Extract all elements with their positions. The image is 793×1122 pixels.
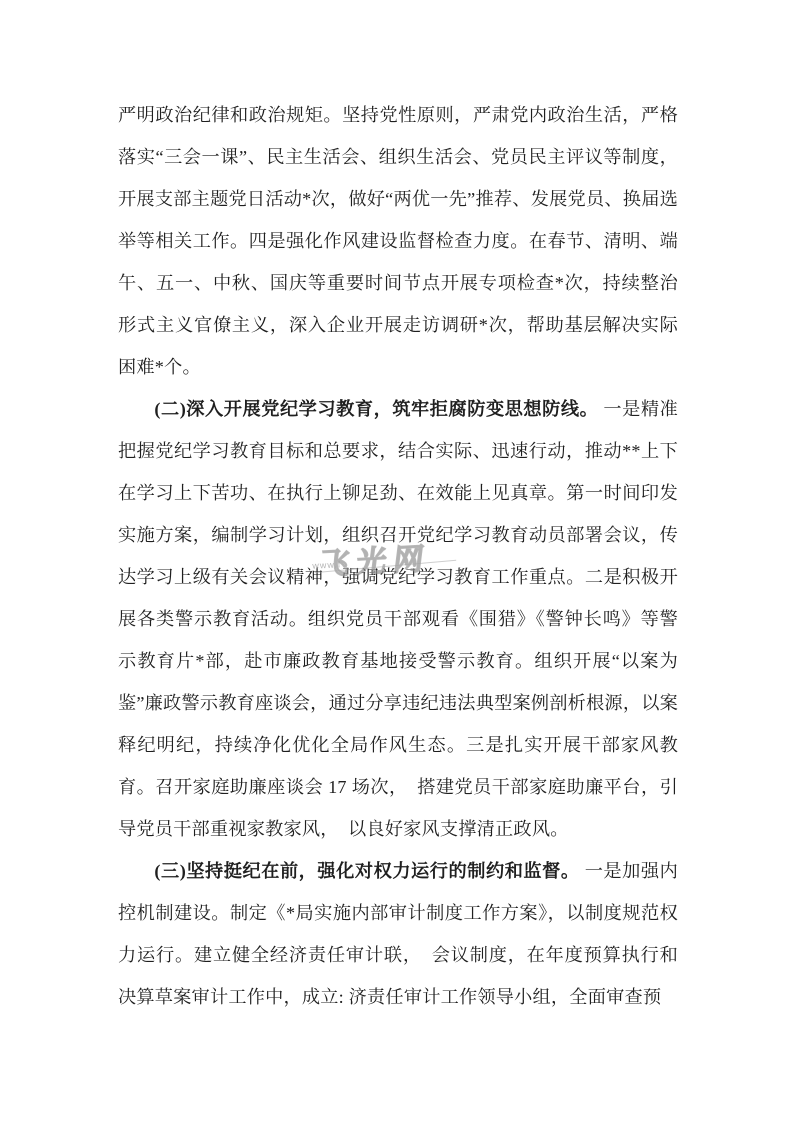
document-body: 严明政治纪律和政治规矩。坚持党性原则，严肃党内政治生活，严格落实“三会一课”、民… [118,94,678,1018]
paragraph: (三)坚持挺纪在前，强化对权力运行的制约和监督。 一是加强内控机制建设。制定《*… [118,850,678,1018]
text-run: 一是加强内控机制建设。制定《*局实施内部审计制度工作方案》，以制度规范权力运行。… [118,861,678,1007]
text-run: 严明政治纪律和政治规矩。坚持党性原则，严肃党内政治生活，严格落实“三会一课”、民… [118,105,678,377]
text-run: 一是精准把握党纪学习教育目标和总要求，结合实际、迅速行动，推动**上下在学习上下… [118,399,678,839]
section-heading-run: (三)坚持挺纪在前，强化对权力运行的制约和监督。 [154,861,579,881]
paragraph: 严明政治纪律和政治规矩。坚持党性原则，严肃党内政治生活，严格落实“三会一课”、民… [118,94,678,388]
paragraph: (二)深入开展党纪学习教育，筑牢拒腐防变思想防线。 一是精准把握党纪学习教育目标… [118,388,678,850]
document-page: 严明政治纪律和政治规矩。坚持党性原则，严肃党内政治生活，严格落实“三会一课”、民… [0,0,793,1122]
section-heading-run: (二)深入开展党纪学习教育，筑牢拒腐防变思想防线。 [154,399,598,419]
